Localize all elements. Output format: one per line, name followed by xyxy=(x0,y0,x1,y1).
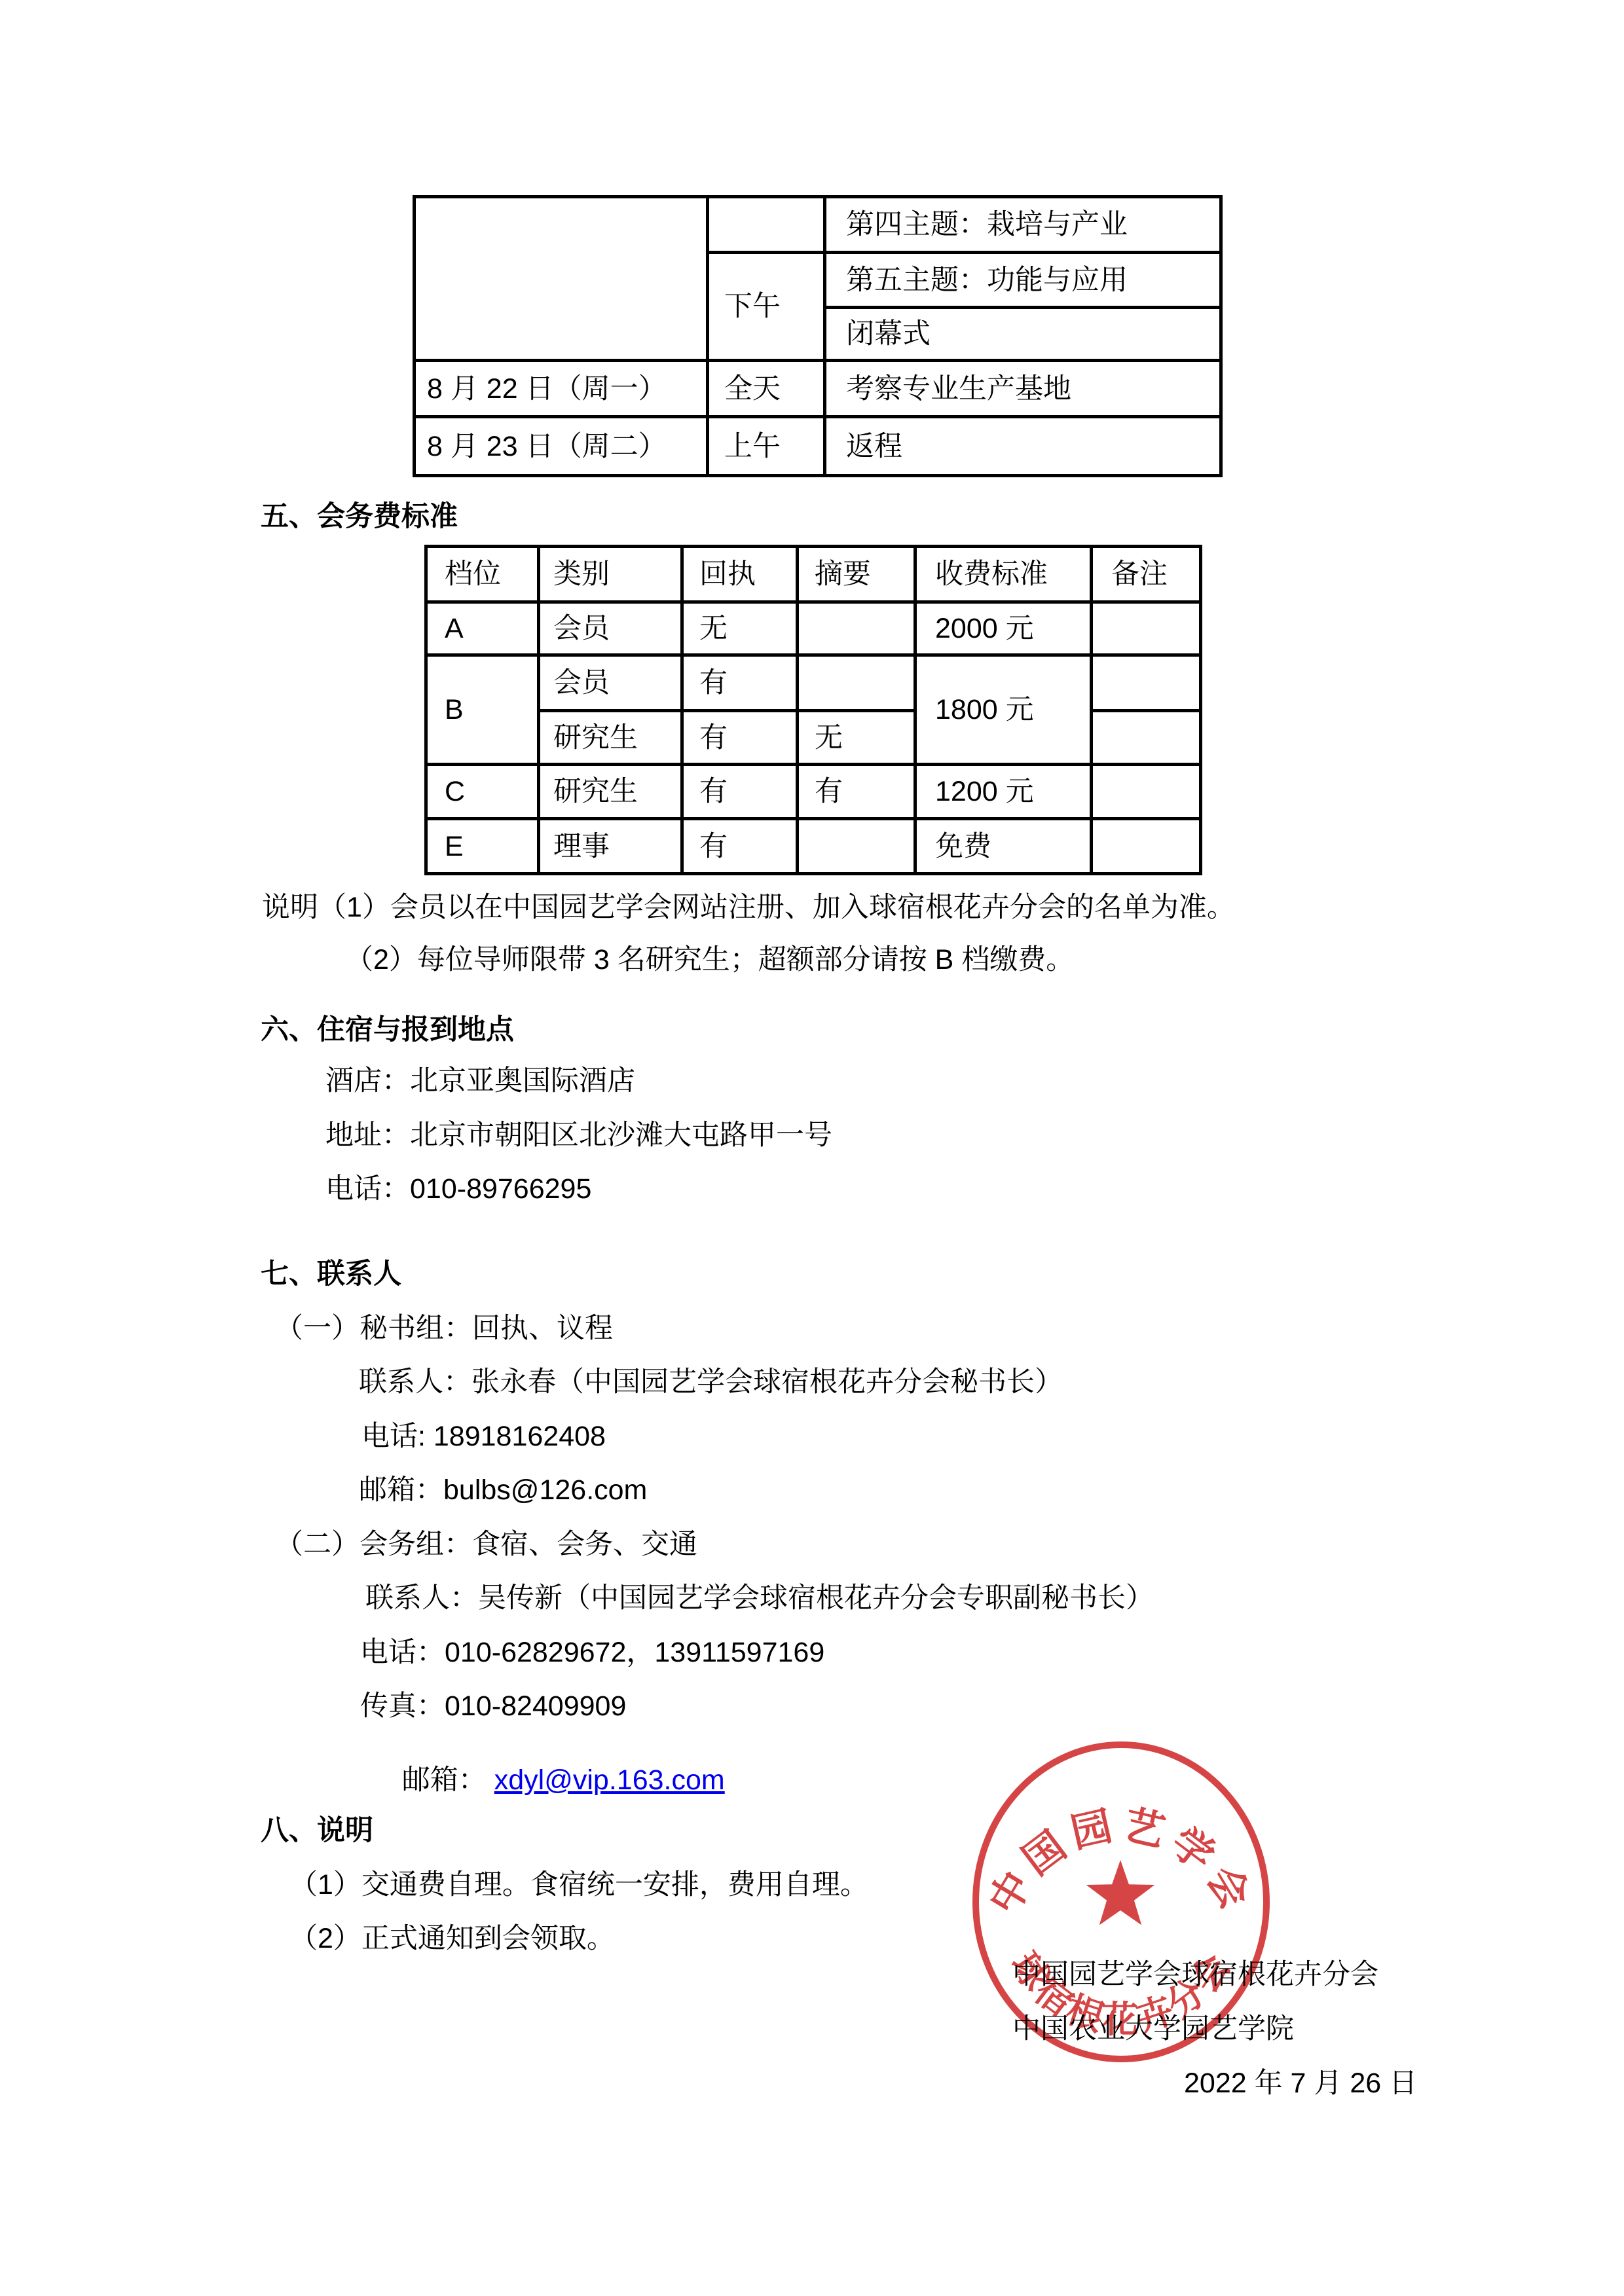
section-6-heading: 六、住宿与报到地点 xyxy=(261,1015,514,1045)
hotel-phone-line: 电话：010-89766295 xyxy=(325,1174,591,1204)
fee-b2-abstract: 无 xyxy=(798,711,915,765)
stamp-top-text: 中国园艺学会 xyxy=(981,1802,1261,1922)
fee-b2-receipt: 有 xyxy=(682,711,798,765)
schedule-cell-topic5: 第五主题：功能与应用 xyxy=(825,253,1221,308)
fee-c-remark xyxy=(1092,765,1201,819)
signature-org1: 中国园艺学会球宿根花卉分会 xyxy=(1012,1959,1378,1990)
signature-org2: 中国农业大学园艺学院 xyxy=(1012,2014,1294,2044)
fee-e-remark xyxy=(1092,819,1201,874)
fee-b1-type: 会员 xyxy=(539,655,682,711)
group2-phone: 电话：010-62829672，13911597169 xyxy=(360,1637,824,1667)
fee-b-price: 1800 元 xyxy=(915,655,1092,765)
group1-phone: 电话: 18918162408 xyxy=(361,1421,606,1451)
fee-c-abstract: 有 xyxy=(798,765,915,819)
fee-c-grade: C xyxy=(426,765,539,819)
fee-c-receipt: 有 xyxy=(682,765,798,819)
group2-person: 联系人：吴传新（中国园艺学会球宿根花卉分会专职副秘书长） xyxy=(365,1583,1154,1613)
group2-email-label: 邮箱： xyxy=(402,1764,487,1796)
fee-header-receipt: 回执 xyxy=(682,547,798,602)
fee-b1-abstract xyxy=(798,655,915,711)
svg-text:中国园艺学会: 中国园艺学会 xyxy=(981,1802,1261,1922)
fee-b2-remark xyxy=(1092,711,1201,765)
fee-a-grade: A xyxy=(426,602,539,655)
fee-a-remark xyxy=(1092,602,1201,655)
group2-email-link[interactable]: xdyl@vip.163.com xyxy=(494,1764,725,1796)
schedule-cell-afternoon: 下午 xyxy=(708,253,825,361)
schedule-cell-morning: 上午 xyxy=(708,417,825,476)
fee-b1-remark xyxy=(1092,655,1201,711)
schedule-cell-time-empty xyxy=(708,197,825,253)
fee-a-receipt: 无 xyxy=(682,602,798,655)
section-5-heading: 五、会务费标准 xyxy=(261,501,458,532)
fee-c-price: 1200 元 xyxy=(915,765,1092,819)
fee-header-grade: 档位 xyxy=(426,547,539,602)
fee-header-type: 类别 xyxy=(539,547,682,602)
group2-email-line: 邮箱： xdyl@vip.163.com xyxy=(371,1735,725,1825)
schedule-cell-date-cont xyxy=(415,197,708,361)
group2-fax: 传真：010-82409909 xyxy=(360,1691,626,1721)
schedule-cell-return: 返程 xyxy=(825,417,1221,476)
fee-b1-receipt: 有 xyxy=(682,655,798,711)
group2-title: （二）会务组：食宿、会务、交通 xyxy=(275,1529,697,1559)
schedule-cell-date-823: 8 月 23 日（周二） xyxy=(415,417,708,476)
fee-e-type: 理事 xyxy=(539,819,682,874)
fee-header-remark: 备注 xyxy=(1092,547,1201,602)
fee-b-grade: B xyxy=(426,655,539,765)
stamp-star-icon xyxy=(1086,1860,1155,1925)
fee-c-type: 研究生 xyxy=(539,765,682,819)
section-8-heading: 八、说明 xyxy=(261,1815,373,1846)
fee-header-abstract: 摘要 xyxy=(798,547,915,602)
document-page: 第四主题：栽培与产业 下午 第五主题：功能与应用 闭幕式 8 月 22 日（周一… xyxy=(0,0,1624,2296)
schedule-cell-allday: 全天 xyxy=(708,361,825,417)
schedule-cell-closing: 闭幕式 xyxy=(825,308,1221,361)
fee-b2-type: 研究生 xyxy=(539,711,682,765)
schedule-cell-visit: 考察专业生产基地 xyxy=(825,361,1221,417)
fee-e-grade: E xyxy=(426,819,539,874)
schedule-cell-date-822: 8 月 22 日（周一） xyxy=(415,361,708,417)
fee-e-receipt: 有 xyxy=(682,819,798,874)
fee-e-price: 免费 xyxy=(915,819,1092,874)
fee-note-2: （2）每位导师限带 3 名研究生；超额部分请按 B 档缴费。 xyxy=(345,945,1074,975)
group1-email: 邮箱：bulbs@126.com xyxy=(359,1475,647,1505)
schedule-cell-topic4: 第四主题：栽培与产业 xyxy=(825,197,1221,253)
note-item-1: （1）交通费自理。食宿统一安排，费用自理。 xyxy=(289,1870,868,1900)
fee-header-price: 收费标准 xyxy=(915,547,1092,602)
group1-title: （一）秘书组：回执、议程 xyxy=(275,1313,613,1343)
stamp-ring xyxy=(976,1745,1266,2059)
fee-e-abstract xyxy=(798,819,915,874)
address-line: 地址：北京市朝阳区北沙滩大屯路甲一号 xyxy=(325,1120,832,1150)
fee-a-abstract xyxy=(798,602,915,655)
fee-note-1: 说明（1）会员以在中国园艺学会网站注册、加入球宿根花卉分会的名单为准。 xyxy=(262,892,1235,922)
section-7-heading: 七、联系人 xyxy=(261,1259,401,1289)
note-item-2: （2）正式通知到会领取。 xyxy=(289,1923,615,1954)
hotel-line: 酒店：北京亚奥国际酒店 xyxy=(325,1066,635,1096)
group1-person: 联系人：张永春（中国园艺学会球宿根花卉分会秘书长） xyxy=(359,1367,1063,1397)
signature-date: 2022 年 7 月 26 日 xyxy=(1184,2068,1417,2098)
schedule-table: 第四主题：栽培与产业 下午 第五主题：功能与应用 闭幕式 8 月 22 日（周一… xyxy=(413,195,1223,477)
fee-a-price: 2000 元 xyxy=(915,602,1092,655)
fee-table: 档位 类别 回执 摘要 收费标准 备注 A 会员 无 2000 元 B 会员 有… xyxy=(424,545,1202,875)
fee-a-type: 会员 xyxy=(539,602,682,655)
